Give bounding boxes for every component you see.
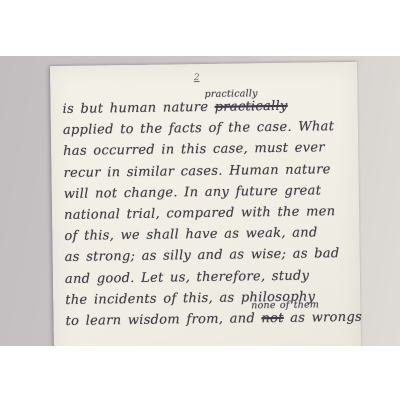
inserted-word-above-line: practically <box>204 88 257 100</box>
page-number: 2 <box>50 71 343 85</box>
line-text: as strong; as silly and as wise; as bad <box>65 246 340 265</box>
line-text: will not change. In any future great <box>64 183 322 202</box>
line-text: national trial, compared with the men <box>64 204 335 223</box>
line-text: of this, we shall have as weak, and <box>64 226 317 245</box>
manuscript-text: is but human nature practicallypractical… <box>63 98 355 335</box>
line-text: as wrongs <box>284 310 362 326</box>
photo-page: 2 is but human nature practicallypractic… <box>0 0 400 400</box>
line-text: is but human nature <box>63 100 215 117</box>
line-text: recur in similar cases. Human nature <box>63 162 330 181</box>
inserted-word-above-line: none of them <box>251 299 319 311</box>
manuscript-line: to learn wisdom from, and notnone of the… <box>65 310 354 335</box>
line-text: has occurred in this case, must ever <box>63 141 325 160</box>
manuscript-paper: 2 is but human nature practicallypractic… <box>50 62 361 346</box>
struck-word: practicallypractically <box>215 99 288 115</box>
line-text: to learn wisdom from, and <box>65 311 261 329</box>
manuscript-photo: 2 is but human nature practicallypractic… <box>0 56 400 346</box>
line-text: and good. Let us, therefore, study <box>65 268 309 286</box>
line-text: applied to the facts of the case. What <box>63 119 334 138</box>
struck-word: notnone of them <box>261 311 284 326</box>
